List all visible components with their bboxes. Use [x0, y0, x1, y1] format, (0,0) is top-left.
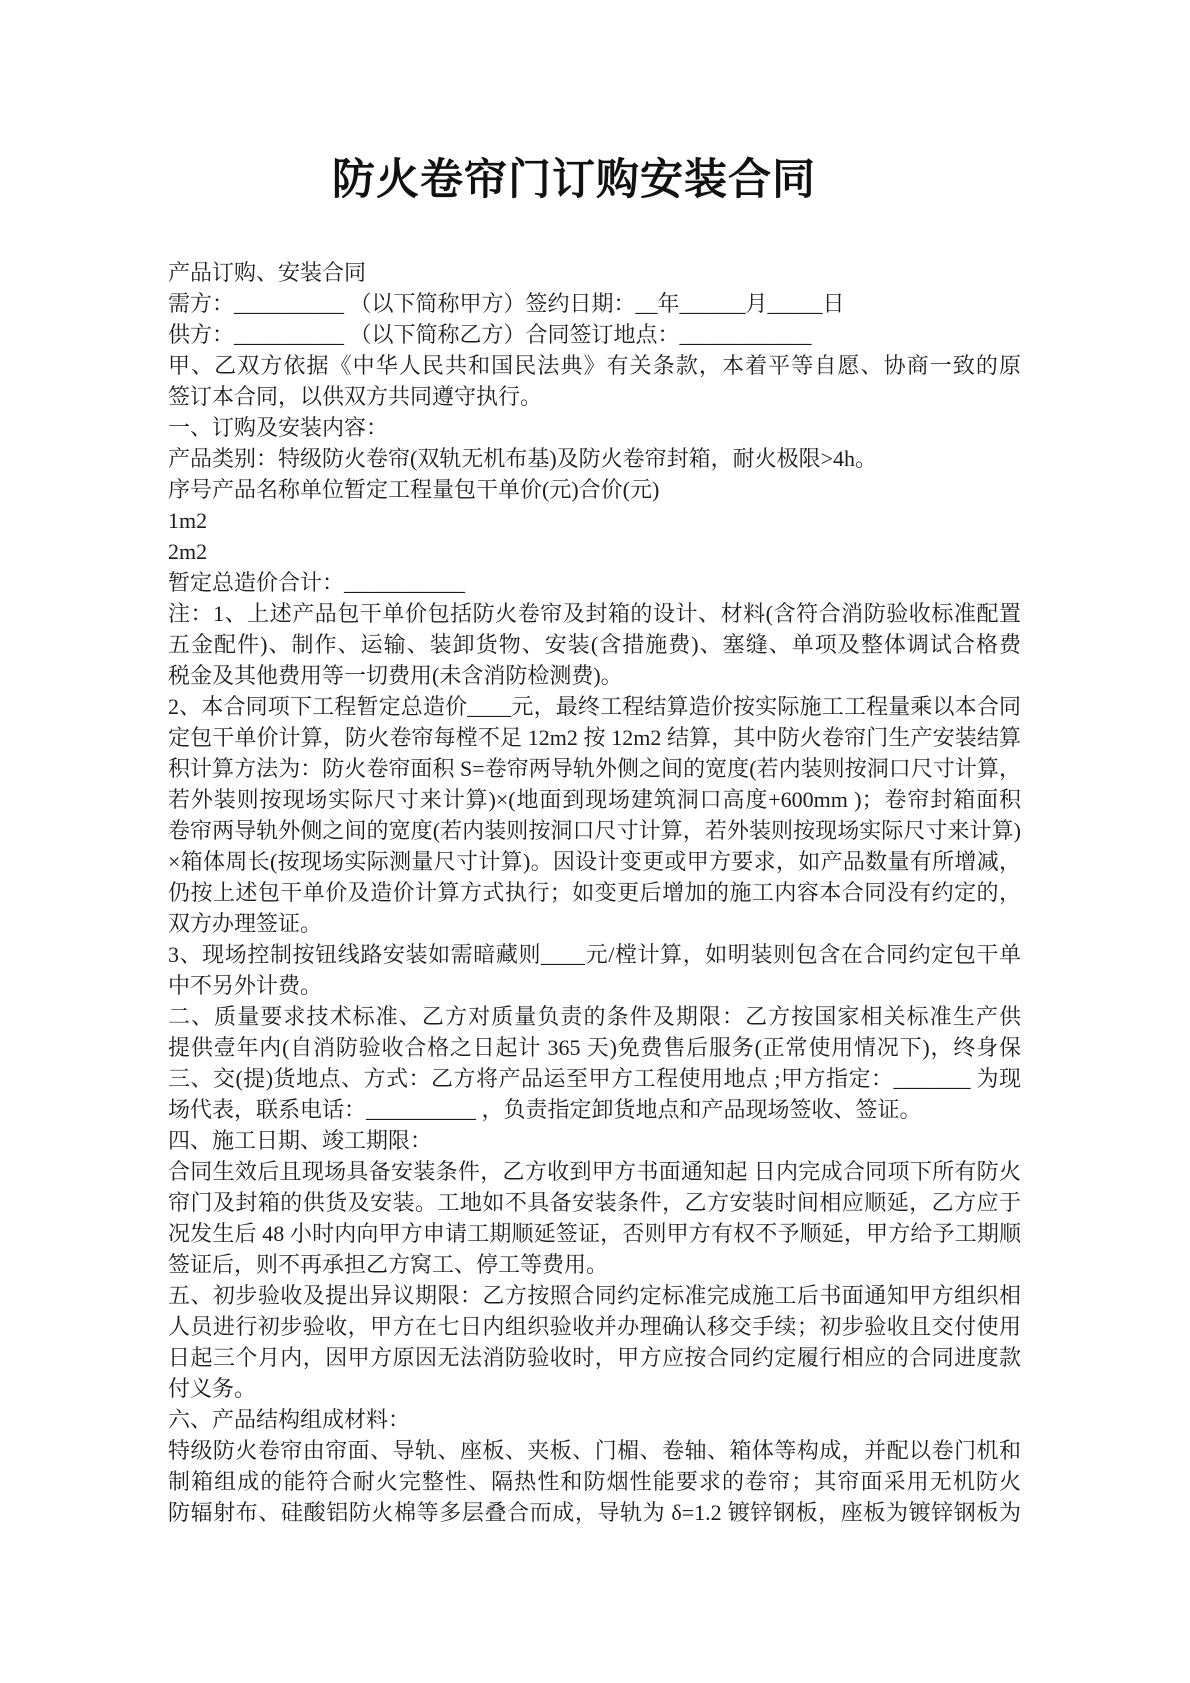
contract-line: 二、质量要求技术标准、乙方对质量负责的条件及期限：乙方按国家相关标准生产供货， [168, 1001, 1021, 1032]
contract-line: 1m2 [168, 505, 1021, 536]
contract-line: 双方办理签证。 [168, 908, 1021, 939]
contract-line: 定包干单价计算，防火卷帘每樘不足 12m2 按 12m2 结算，其中防火卷帘门生… [168, 722, 1021, 753]
contract-line: 需方：__________ （以下简称甲方）签约日期：__年______月___… [168, 288, 1021, 319]
contract-line: 序号产品名称单位暂定工程量包干单价(元)合价(元) [168, 474, 1021, 505]
contract-line: 产品类别：特级防火卷帘(双轨无机布基)及防火卷帘封箱，耐火极限>4h。 [168, 443, 1021, 474]
contract-line: 六、产品结构组成材料： [168, 1404, 1021, 1435]
contract-line: 2m2 [168, 536, 1021, 567]
contract-line: 甲、乙双方依据《中华人民共和国民法典》有关条款，本着平等自愿、协商一致的原则， [168, 350, 1021, 381]
contract-line: 供方：__________ （以下简称乙方）合同签订地点：___________… [168, 319, 1021, 350]
contract-line: 2、本合同项下工程暂定总造价____元，最终工程结算造价按实际施工工程量乘以本合… [168, 691, 1021, 722]
contract-line: 三、交(提)货地点、方式：乙方将产品运至甲方工程使用地点 ;甲方指定：_____… [168, 1063, 1021, 1094]
contract-line: 制箱组成的能符合耐火完整性、隔热性和防烟性能要求的卷帘；其帘面采用无机防火布、 [168, 1466, 1021, 1497]
contract-line: 日起三个月内，因甲方原因无法消防验收时，甲方应按合同约定履行相应的合同进度款支 [168, 1342, 1021, 1373]
contract-line: 帘门及封箱的供货及安装。工地如不具备安装条件，乙方安装时间相应顺延，乙方应于情 [168, 1187, 1021, 1218]
contract-page: 防火卷帘门订购安装合同 产品订购、安装合同需方：__________ （以下简称… [0, 0, 1190, 1683]
contract-line: 产品订购、安装合同 [168, 257, 1021, 288]
contract-line: 一、订购及安装内容： [168, 412, 1021, 443]
contract-line: 中不另外计费。 [168, 970, 1021, 1001]
contract-line: ×箱体周长(按现场实际测量尺寸计算)。因设计变更或甲方要求，如产品数量有所增减， [168, 846, 1021, 877]
contract-line: 四、施工日期、竣工期限： [168, 1125, 1021, 1156]
contract-line: 签证后，则不再承担乙方窝工、停工等费用。 [168, 1249, 1021, 1280]
contract-line: 况发生后 48 小时内向甲方申请工期顺延签证，否则甲方有权不予顺延，甲方给予工期… [168, 1218, 1021, 1249]
contract-line: 场代表，联系电话：__________ ，负责指定卸货地点和产品现场签收、签证。 [168, 1094, 1021, 1125]
contract-line: 3、现场控制按钮线路安装如需暗藏则____元/樘计算，如明装则包含在合同约定包干… [168, 939, 1021, 970]
document-body: 产品订购、安装合同需方：__________ （以下简称甲方）签约日期：__年_… [168, 257, 1021, 1528]
contract-line: 暂定总造价合计：___________ [168, 567, 1021, 598]
contract-line: 若外装则按现场实际尺寸来计算)×(地面到现场建筑洞口高度+600mm )；卷帘封… [168, 784, 1021, 815]
contract-line: 五、初步验收及提出异议期限：乙方按照合同约定标准完成施工后书面通知甲方组织相关 [168, 1280, 1021, 1311]
contract-line: 付义务。 [168, 1373, 1021, 1404]
contract-line: 仍按上述包干单价及造价计算方式执行；如变更后增加的施工内容本合同没有约定的，则 [168, 877, 1021, 908]
contract-line: 人员进行初步验收，甲方在七日内组织验收并办理确认移交手续；初步验收且交付使用之 [168, 1311, 1021, 1342]
contract-line: 签订本合同，以供双方共同遵守执行。 [168, 381, 1021, 412]
contract-line: 积计算方法为：防火卷帘面积 S=卷帘两导轨外侧之间的宽度(若内装则按洞口尺寸计算… [168, 753, 1021, 784]
contract-line: 注：1、上述产品包干单价包括防火卷帘及封箱的设计、材料(含符合消防验收标准配置的 [168, 598, 1021, 629]
contract-line: 防辐射布、硅酸铝防火棉等多层叠合而成，导轨为 δ=1.2 镀锌钢板，座板为镀锌钢… [168, 1497, 1021, 1528]
contract-line: 五金配件)、制作、运输、装卸货物、安装(含措施费)、塞缝、单项及整体调试合格费用… [168, 629, 1021, 660]
contract-line: 特级防火卷帘由帘面、导轨、座板、夹板、门楣、卷轴、箱体等构成，并配以卷门机和控 [168, 1435, 1021, 1466]
contract-line: 提供壹年内(自消防验收合格之日起计 365 天)免费售后服务(正常使用情况下)，… [168, 1032, 1021, 1063]
contract-line: 税金及其他费用等一切费用(未含消防检测费)。 [168, 660, 1021, 691]
document-title: 防火卷帘门订购安装合同 [0, 156, 1148, 205]
contract-line: 卷帘两导轨外侧之间的宽度(若内装则按洞口尺寸计算，若外装则按现场实际尺寸来计算) [168, 815, 1021, 846]
contract-line: 合同生效后且现场具备安装条件，乙方收到甲方书面通知起 日内完成合同项下所有防火卷 [168, 1156, 1021, 1187]
